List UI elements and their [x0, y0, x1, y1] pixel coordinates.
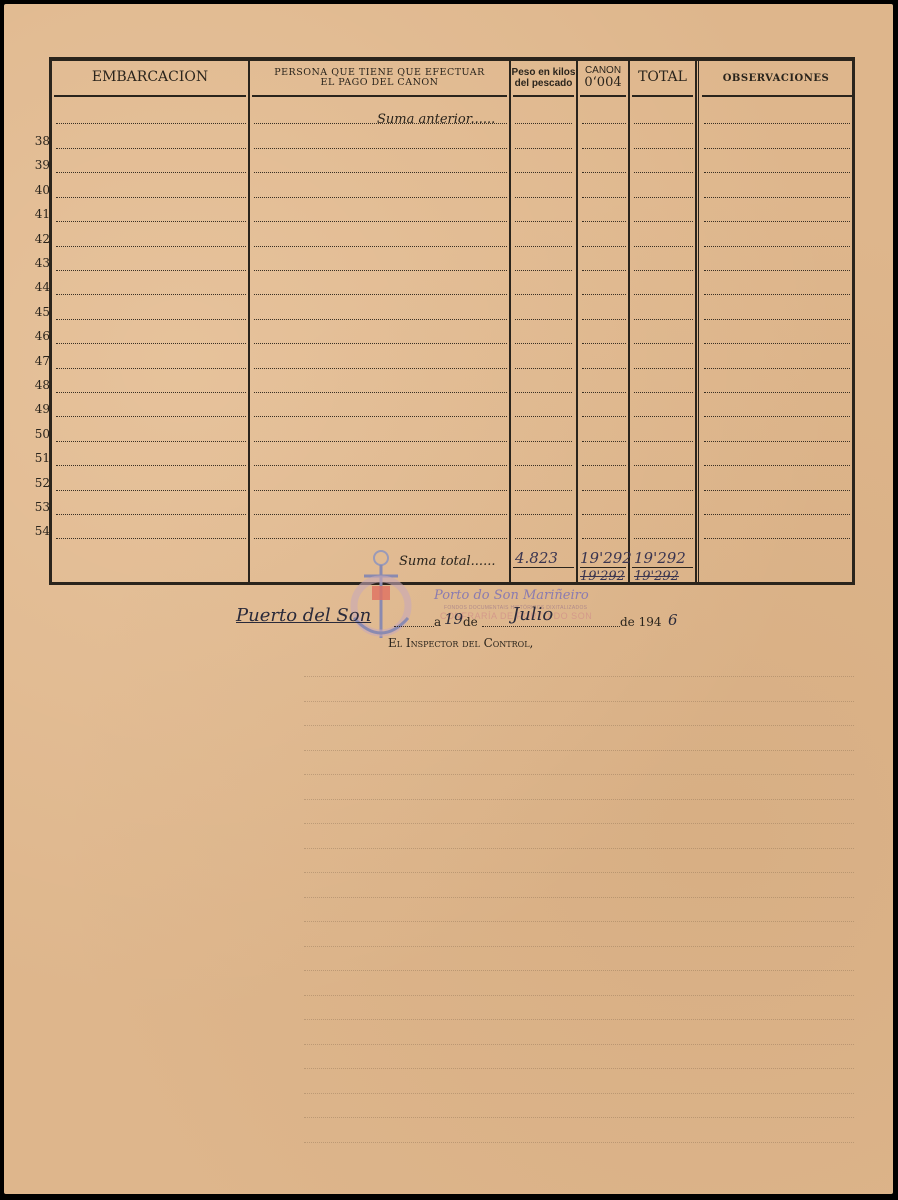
year-suffix-handwritten: 6 — [668, 611, 678, 629]
ruled-line — [56, 294, 246, 295]
dotted-fill — [394, 626, 434, 627]
row-number: 50 — [30, 427, 50, 441]
total-underline — [513, 567, 574, 568]
faint-line — [304, 897, 854, 898]
ruled-line — [634, 392, 693, 393]
row-number: 46 — [30, 329, 50, 343]
ruled-line — [515, 270, 572, 271]
row-number: 47 — [30, 354, 50, 368]
ruled-line — [56, 514, 246, 515]
ruled-line — [704, 294, 850, 295]
faint-line — [304, 946, 854, 947]
row-number: 49 — [30, 402, 50, 416]
ruled-line — [254, 221, 507, 222]
row-number: 53 — [30, 500, 50, 514]
ruled-line — [582, 246, 626, 247]
ruled-line — [515, 392, 572, 393]
row-number: 44 — [30, 280, 50, 294]
ruled-line — [582, 343, 626, 344]
row-number: 43 — [30, 256, 50, 270]
header-rule — [702, 95, 852, 97]
ruled-line — [582, 270, 626, 271]
ruled-line — [582, 148, 626, 149]
faint-line — [304, 872, 854, 873]
total-underline — [632, 567, 693, 568]
header-total: TOTAL — [630, 61, 695, 95]
ruled-line — [582, 416, 626, 417]
ruled-line — [56, 441, 246, 442]
total-canon: 19'292 — [580, 549, 632, 567]
ruled-line — [634, 416, 693, 417]
ruled-line — [254, 490, 507, 491]
ruled-line — [56, 416, 246, 417]
row-number: 52 — [30, 476, 50, 490]
header-canon: CANON 0‘004 — [578, 61, 628, 95]
faint-line — [304, 799, 854, 800]
ruled-line — [704, 465, 850, 466]
ruled-line — [56, 270, 246, 271]
ruled-line — [254, 465, 507, 466]
inspector-label: El Inspector del Control, — [388, 636, 533, 650]
ruled-line — [582, 197, 626, 198]
header-label: Peso en kilos — [512, 67, 576, 78]
header-label: EMBARCACION — [92, 70, 208, 85]
faint-line — [304, 1044, 854, 1045]
ruled-line — [56, 538, 246, 539]
row-number: 40 — [30, 183, 50, 197]
row-number: 42 — [30, 232, 50, 246]
ruled-line — [515, 148, 572, 149]
dotted-fill — [482, 626, 620, 627]
ruled-line — [254, 270, 507, 271]
ruled-line — [56, 172, 246, 173]
header-rule — [632, 95, 693, 97]
row-number: 45 — [30, 305, 50, 319]
ruled-line — [515, 368, 572, 369]
row-number: 51 — [30, 451, 50, 465]
anchor-stamp-icon — [346, 548, 416, 648]
ruled-line — [634, 538, 693, 539]
total-struck: 19'292 — [634, 569, 679, 584]
ruled-line — [254, 172, 507, 173]
faint-line — [304, 725, 854, 726]
total-total: 19'292 — [634, 549, 686, 567]
ruled-line — [704, 319, 850, 320]
col-divider — [509, 61, 511, 582]
ruled-line — [704, 490, 850, 491]
header-rule — [54, 95, 246, 97]
row-number: 39 — [30, 158, 50, 172]
ruled-line — [515, 294, 572, 295]
faint-line — [304, 970, 854, 971]
faint-line — [304, 921, 854, 922]
ruled-line — [56, 148, 246, 149]
col-divider — [576, 61, 578, 582]
col-divider — [248, 61, 250, 582]
header-peso: Peso en kilos del pescado — [511, 61, 576, 95]
ruled-line — [634, 197, 693, 198]
ruled-line — [254, 392, 507, 393]
ruled-line — [634, 148, 693, 149]
header-rule — [580, 95, 626, 97]
ruled-line — [582, 465, 626, 466]
ruled-line — [704, 343, 850, 344]
ruled-line — [582, 123, 626, 124]
ruled-line — [704, 416, 850, 417]
ruled-line — [515, 441, 572, 442]
ruled-line — [254, 514, 507, 515]
ruled-line — [634, 294, 693, 295]
canon-struck: 19'292 — [580, 569, 625, 584]
ruled-line — [704, 392, 850, 393]
ruled-line — [515, 514, 572, 515]
header-persona: PERSONA QUE TIENE QUE EFECTUAR EL PAGO D… — [250, 61, 509, 95]
ruled-line — [582, 392, 626, 393]
ruled-line — [254, 343, 507, 344]
day-handwritten: 19 — [444, 610, 463, 628]
ruled-line — [254, 416, 507, 417]
ruled-line — [582, 319, 626, 320]
ruled-line — [56, 319, 246, 320]
ruled-line — [582, 172, 626, 173]
place-handwritten: Puerto del Son — [236, 605, 371, 626]
ruled-line — [254, 148, 507, 149]
ruled-line — [56, 197, 246, 198]
ruled-line — [704, 368, 850, 369]
header-label: del pescado — [515, 78, 573, 89]
ruled-line — [515, 197, 572, 198]
ruled-line — [634, 465, 693, 466]
row-number: 38 — [30, 134, 50, 148]
header-label: 0‘004 — [584, 76, 621, 90]
faint-line — [304, 774, 854, 775]
ruled-line — [254, 368, 507, 369]
ruled-line — [56, 343, 246, 344]
ruled-line — [704, 172, 850, 173]
ruled-line — [704, 221, 850, 222]
ruled-line — [634, 441, 693, 442]
ruled-line — [704, 538, 850, 539]
ruled-line — [56, 123, 246, 124]
ruled-line — [515, 538, 572, 539]
ruled-line — [582, 490, 626, 491]
ruled-line — [634, 490, 693, 491]
ruled-line — [254, 294, 507, 295]
stamp-title: Porto do Son Mariñeiro — [434, 588, 589, 603]
faint-line — [304, 848, 854, 849]
row-number: 48 — [30, 378, 50, 392]
ruled-line — [634, 172, 693, 173]
ruled-line — [704, 123, 850, 124]
ruled-line — [704, 246, 850, 247]
ruled-line — [704, 148, 850, 149]
ruled-line — [634, 319, 693, 320]
ruled-line — [634, 221, 693, 222]
faint-line — [304, 1142, 854, 1143]
ruled-line — [254, 319, 507, 320]
faint-line — [304, 1068, 854, 1069]
faint-line — [304, 995, 854, 996]
faint-line — [304, 1093, 854, 1094]
col-divider — [698, 61, 699, 582]
row-number: 41 — [30, 207, 50, 221]
total-peso: 4.823 — [515, 549, 558, 567]
ruled-line — [254, 246, 507, 247]
ruled-line — [56, 221, 246, 222]
a-label: a — [434, 615, 441, 629]
row-number: 54 — [30, 524, 50, 538]
header-rule — [252, 95, 507, 97]
ruled-line — [254, 197, 507, 198]
ruled-line — [634, 123, 693, 124]
faint-line — [304, 676, 854, 677]
ruled-line — [704, 514, 850, 515]
ruled-line — [515, 172, 572, 173]
ruled-line — [515, 221, 572, 222]
suma-anterior-label: Suma anterior...... — [377, 112, 495, 127]
ruled-line — [254, 123, 507, 124]
ruled-line — [515, 319, 572, 320]
ruled-line — [56, 246, 246, 247]
ruled-line — [634, 368, 693, 369]
header-embarcacion: EMBARCACION — [52, 61, 248, 95]
total-underline — [580, 567, 626, 568]
ruled-line — [254, 441, 507, 442]
faint-line — [304, 1117, 854, 1118]
month-handwritten: Julio — [512, 604, 553, 625]
ruled-line — [704, 270, 850, 271]
ruled-line — [634, 246, 693, 247]
ruled-line — [515, 343, 572, 344]
faint-line — [304, 701, 854, 702]
header-label: TOTAL — [638, 70, 687, 85]
ruled-line — [515, 246, 572, 247]
ruled-line — [254, 538, 507, 539]
ruled-line — [582, 538, 626, 539]
col-divider — [628, 61, 630, 582]
header-label: EL PAGO DEL CANON — [321, 78, 439, 88]
de-label: de — [463, 615, 478, 629]
faint-line — [304, 1019, 854, 1020]
ruled-line — [704, 441, 850, 442]
ruled-line — [515, 490, 572, 491]
ruled-line — [56, 490, 246, 491]
ruled-line — [704, 197, 850, 198]
ruled-line — [582, 441, 626, 442]
faint-line — [304, 750, 854, 751]
ruled-line — [582, 221, 626, 222]
ruled-line — [515, 123, 572, 124]
col-divider — [695, 61, 697, 582]
ruled-line — [634, 270, 693, 271]
header-rule — [513, 95, 574, 97]
canon-table: EMBARCACION PERSONA QUE TIENE QUE EFECTU… — [49, 57, 855, 585]
header-observaciones: OBSERVACIONES — [700, 61, 852, 95]
ruled-line — [56, 368, 246, 369]
header-label: OBSERVACIONES — [723, 73, 830, 84]
ruled-line — [634, 343, 693, 344]
ruled-line — [582, 514, 626, 515]
year-label: de 194 — [620, 615, 662, 629]
ruled-line — [515, 465, 572, 466]
ruled-line — [634, 514, 693, 515]
document-page: EMBARCACION PERSONA QUE TIENE QUE EFECTU… — [4, 4, 893, 1194]
ruled-line — [515, 416, 572, 417]
faint-line — [304, 823, 854, 824]
ruled-line — [582, 294, 626, 295]
ruled-line — [56, 465, 246, 466]
ruled-line — [56, 392, 246, 393]
ruled-line — [582, 368, 626, 369]
